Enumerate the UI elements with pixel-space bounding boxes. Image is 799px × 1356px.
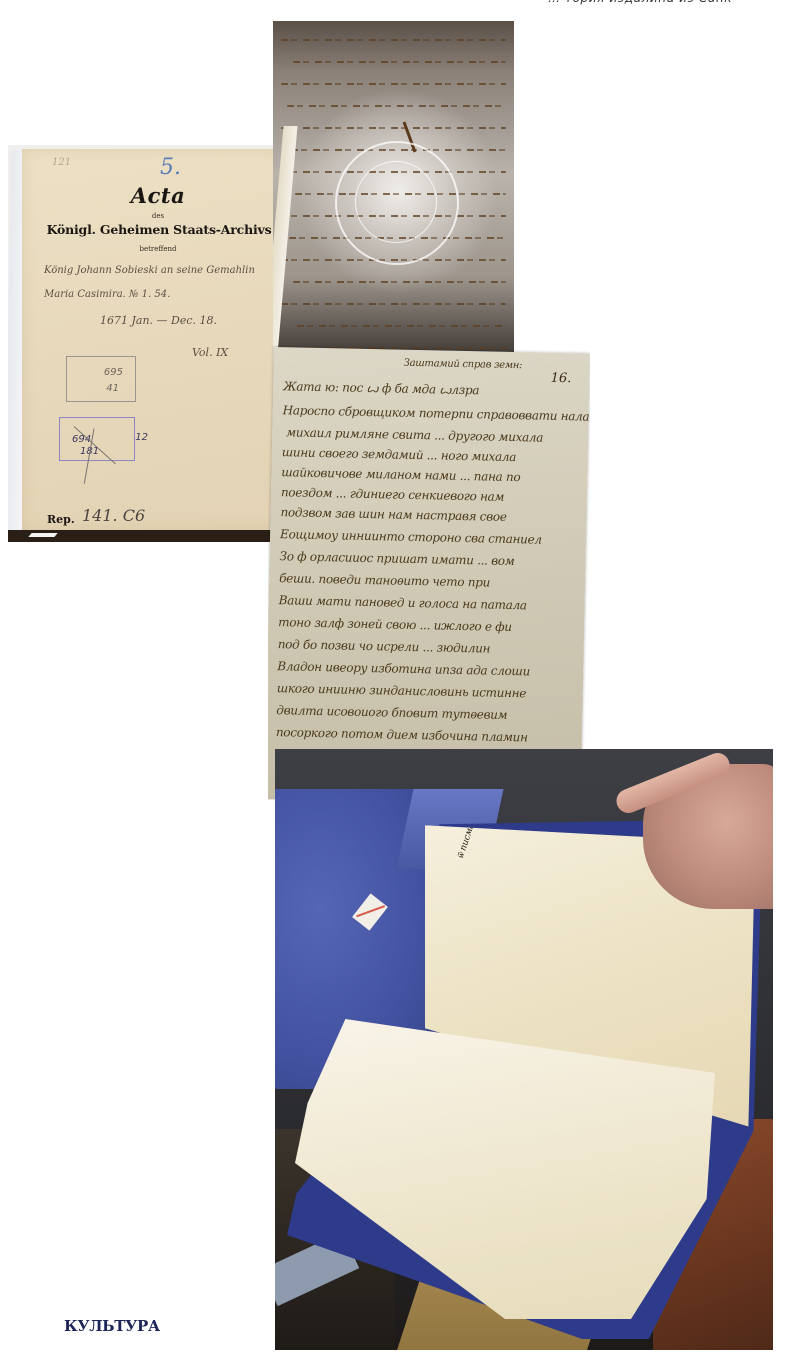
- stamp-sub: 41: [106, 383, 119, 394]
- letter-line: Заштамий справ земн:: [404, 358, 523, 370]
- archive-stamp-violet: 694 181 12: [59, 417, 135, 461]
- folder-des: des: [22, 212, 294, 220]
- letter-line: поездом ... гдиниего сенкиевого нам: [281, 485, 504, 500]
- folder-title: Acta: [22, 183, 294, 208]
- script-line: [293, 61, 506, 63]
- letter-line: Ваши мати пановед и голоса на патала: [279, 593, 527, 608]
- letter-line: под бо позви чо исрели ... зюдилин: [278, 637, 491, 651]
- photo-open-book: ѿ писма грамоты … … ѿ писма грамоты …: [275, 749, 773, 1350]
- blue-number: 5.: [160, 155, 181, 180]
- stamp-number: 695: [104, 367, 123, 378]
- letter-line: шайковичове миланом нами ... пана по: [281, 465, 520, 480]
- folder-cover: 121 5. Acta des Königl. Geheimen Staats-…: [22, 149, 294, 531]
- letter-line: шкого инииню зинданисловинь истинне: [277, 681, 526, 696]
- letter-line: михаил римляне свита ... другого михала: [286, 425, 543, 440]
- letter-line: шини своего земдамий ... ного михала: [282, 445, 517, 460]
- rep-value: 141. C6: [82, 506, 145, 525]
- letter-line: Жата ю: пос ꙍ ф ба мда ꙍлзра: [283, 379, 479, 393]
- letter-line: тоно залф зоней свою ... ижлого е фи: [278, 615, 512, 630]
- folder-archive-name: Königl. Geheimen Staats-Archivs: [28, 222, 290, 237]
- letter-line: Еощимоу инниинто стороно сва станиел: [280, 527, 542, 542]
- script-line: [297, 325, 506, 327]
- letter-page-number: 16.: [551, 371, 572, 386]
- seal-inner-ring: [355, 161, 437, 243]
- letter-paper: 16. Заштамий справ земн: Жата ю: пос ꙍ ф…: [268, 347, 590, 800]
- script-line: [287, 105, 506, 107]
- handwritten-line: Maria Casimira. № 1. 54.: [44, 289, 170, 300]
- letter-line: Владон ивеору изботина ипза ада слоши: [277, 659, 530, 674]
- letter-line: Нароспо сбровщиком потерпи справоввати н…: [283, 403, 590, 419]
- stamp-note: 12: [135, 432, 148, 443]
- letter-line: Зо ф орласииос пришат имати ... вом: [280, 549, 515, 564]
- handwritten-line: 1671 Jan. — Dec. 18.: [100, 314, 217, 327]
- handwritten-line: König Johann Sobieski an seine Gemahlin: [44, 265, 255, 276]
- script-line: [281, 39, 506, 41]
- folder-edge: [273, 126, 297, 361]
- script-line: [281, 127, 506, 129]
- magazine-logo: КУЛЬТУРА: [64, 1317, 160, 1335]
- letter-line: двилта исовоиого бповит тутѳевим: [276, 703, 507, 718]
- vol-note: Vol. IX: [192, 346, 228, 359]
- script-line: [281, 303, 506, 305]
- folder-betreffend: betreffend: [22, 245, 294, 253]
- letter-line: подзвом зав шин нам настравя свое: [280, 505, 506, 520]
- rep-label: Rep.: [47, 513, 75, 526]
- letter-line: посоркого потом дием избочина пламин: [276, 725, 528, 740]
- script-line: [293, 281, 506, 283]
- photo-cyrillic-letter: 16. Заштамий справ земн: Жата ю: пос ꙍ ф…: [268, 345, 590, 800]
- photo-seal-manuscript: [273, 21, 514, 361]
- script-line: [281, 83, 506, 85]
- pencil-number: 121: [52, 157, 71, 168]
- cropped-article-text: … тория издалина из Санк-: [548, 0, 799, 5]
- folder-bottom-edge: [8, 530, 300, 542]
- photo-acta-folder: 121 5. Acta des Königl. Geheimen Staats-…: [8, 145, 300, 542]
- letter-line: беши. поведи таноѳито чето при: [279, 571, 490, 585]
- archive-stamp-grey: 695 41: [66, 356, 136, 402]
